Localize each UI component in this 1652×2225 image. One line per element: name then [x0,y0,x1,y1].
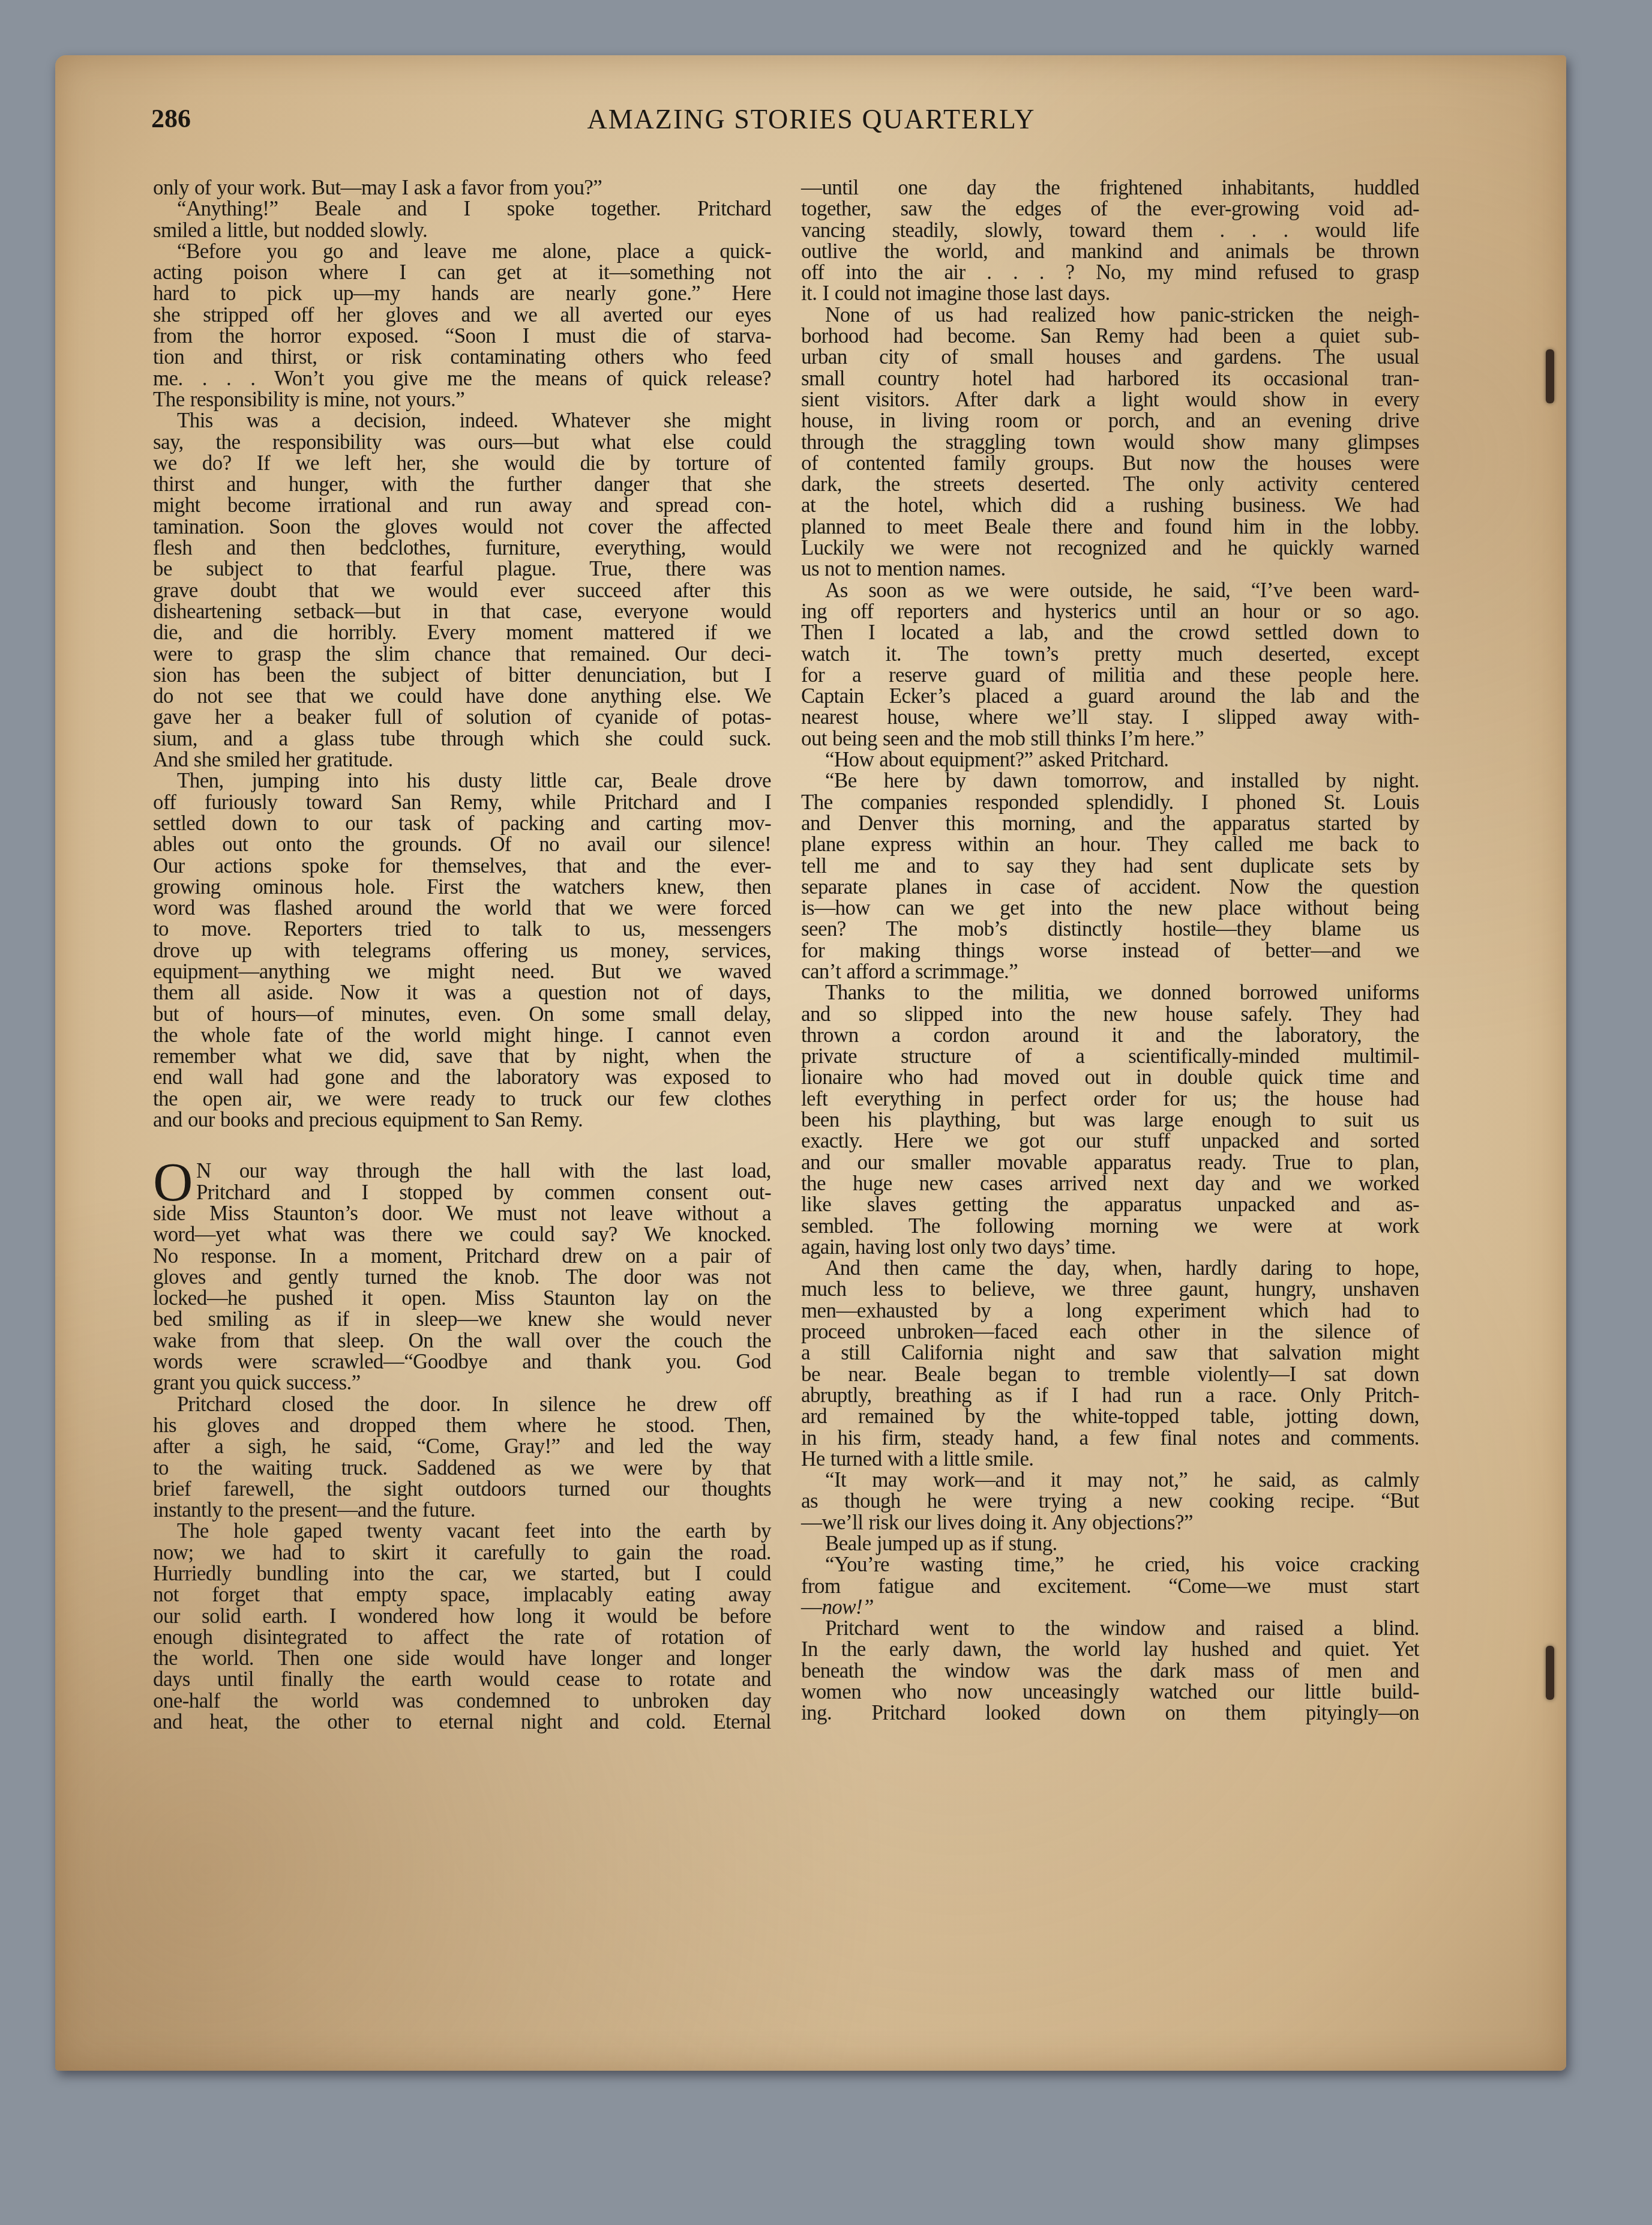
text-line: No response. In a moment, Pritchard drew… [153,1245,771,1266]
text-line: The companies responded splendidly. I ph… [801,792,1419,813]
text-line: house, in living room or porch, and an e… [801,410,1419,431]
text-line: growing ominous hole. First the watchers… [153,876,771,897]
text-line: but of hours—of minutes, even. On some s… [153,1004,771,1025]
text-line: outlive the world, and mankind and anima… [801,241,1419,262]
text-line: instantly to the present—and the future. [153,1499,771,1520]
text-line: side Miss Staunton’s door. We must not l… [153,1203,771,1224]
text-line: wake from that sleep. On the wall over t… [153,1330,771,1351]
text-line: been his plaything, but was large enough… [801,1109,1419,1130]
text-line: grant you quick success.” [153,1372,771,1393]
staple-top [1546,349,1554,403]
text-line: lionaire who had moved out in double qui… [801,1067,1419,1088]
text-line: —now!” [801,1597,1419,1618]
text-line: hard to pick up—my hands are nearly gone… [153,283,771,304]
text-line: “Before you go and leave me alone, place… [153,241,771,262]
text-line: as though he were trying a new cooking r… [801,1490,1419,1511]
text-line: out being seen and the mob still thinks … [801,728,1419,749]
text-line: Hurriedly bundling into the car, we star… [153,1563,771,1584]
text-line: settled down to our task of packing and … [153,813,771,834]
text-line: through the straggling town would show m… [801,432,1419,453]
text-line: enough disintegrated to affect the rate … [153,1627,771,1648]
text-line: his gloves and dropped them where he sto… [153,1415,771,1436]
text-line: word—yet what was there we could say? We… [153,1224,771,1245]
text-line: and so slipped into the new house safely… [801,1004,1419,1025]
section-break [153,1130,771,1160]
text-line: Then, jumping into his dusty little car,… [153,770,771,791]
text-line: small country hotel had harbored its occ… [801,368,1419,389]
text-line: “Anything!” Beale and I spoke together. … [153,198,771,219]
text-line: And then came the day, when, hardly dari… [801,1257,1419,1278]
text-line: were to grasp the slim chance that remai… [153,643,771,664]
text-line: separate planes in case of accident. Now… [801,876,1419,897]
text-line: sient visitors. After dark a light would… [801,389,1419,410]
text-line: can’t afford a scrimmage.” [801,961,1419,982]
text-line: seen? The mob’s distinctly hostile—they … [801,918,1419,939]
text-line: sembled. The following morning we were a… [801,1215,1419,1236]
text-line: for a reserve guard of militia and these… [801,664,1419,685]
text-line: of contented family groups. But now the … [801,453,1419,474]
text-line: off into the air . . . ? No, my mind ref… [801,262,1419,283]
text-line: us not to mention names. [801,558,1419,579]
text-line: a still California night and saw that sa… [801,1342,1419,1363]
text-line: “Be here by dawn tomorrow, and installed… [801,770,1419,791]
text-line: from fatigue and excitement. “Come—we mu… [801,1576,1419,1597]
text-line: private structure of a scientifically-mi… [801,1046,1419,1067]
text-line: Pritchard closed the door. In silence he… [153,1394,771,1415]
text-line: Pritchard went to the window and raised … [801,1618,1419,1639]
text-line: only of your work. But—may I ask a favor… [153,177,771,198]
drop-cap: O [153,1158,193,1206]
text-line: None of us had realized how panic-strick… [801,304,1419,325]
text-line: watch it. The town’s pretty much deserte… [801,643,1419,664]
left-column-section-2: O N our way through the hall with the la… [153,1160,771,1732]
text-line: tamination. Soon the gloves would not co… [153,516,771,537]
text-line: the whole fate of the world might hinge.… [153,1025,771,1046]
left-column: only of your work. But—may I ask a favor… [153,177,771,1732]
text-line: flesh and then bedclothes, furniture, ev… [153,537,771,558]
text-line: dark, the streets deserted. The only act… [801,474,1419,495]
text-line: she stripped off her gloves and we all a… [153,304,771,325]
text-line: and our books and precious equipment to … [153,1109,771,1130]
text-line: He turned with a little smile. [801,1448,1419,1469]
left-column-section-1: only of your work. But—may I ask a favor… [153,177,771,1130]
text-line: ing. Pritchard looked down on them pityi… [801,1702,1419,1723]
text-line: left everything in perfect order for us;… [801,1088,1419,1109]
text-line: die, and die horribly. Every moment matt… [153,622,771,643]
text-line: the huge new cases arrived next day and … [801,1173,1419,1194]
text-line: —we’ll risk our lives doing it. Any obje… [801,1512,1419,1533]
text-line: urban city of small houses and gardens. … [801,346,1419,367]
text-line: smiled a little, but nodded slowly. [153,220,771,241]
text-line: gave her a beaker full of solution of cy… [153,706,771,727]
text-line: grave doubt that we would ever succeed a… [153,580,771,601]
text-line: not forget that empty space, implacably … [153,1584,771,1605]
text-line: And she smiled her gratitude. [153,749,771,770]
text-line: days until finally the earth would cease… [153,1669,771,1690]
text-line: acting poison where I can get at it—some… [153,262,771,283]
text-line: Then I located a lab, and the crowd sett… [801,622,1419,643]
text-line: abruptly, breathing as if I had run a ra… [801,1385,1419,1406]
text-line: women who now unceasingly watched our li… [801,1681,1419,1702]
text-line: in his firm, steady hand, a few final no… [801,1427,1419,1448]
text-line: words were scrawled—“Goodbye and thank y… [153,1351,771,1372]
text-line: bed smiling as if in sleep—we knew she w… [153,1308,771,1329]
text-line: vancing steadily, slowly, toward them . … [801,220,1419,241]
text-line: our solid earth. I wondered how long it … [153,1606,771,1627]
text-line: locked—he pushed it open. Miss Staunton … [153,1287,771,1308]
text-line: Beale jumped up as if stung. [801,1533,1419,1554]
text-line: disheartening setback—but in that case, … [153,601,771,622]
text-line: tell me and to say they had sent duplica… [801,855,1419,876]
text-line: ables out onto the grounds. Of no avail … [153,834,771,855]
text-line: —until one day the frightened inhabitant… [801,177,1419,198]
text-line: sium, and a glass tube through which she… [153,728,771,749]
text-line: brief farewell, the sight outdoors turne… [153,1478,771,1499]
text-line: “How about equipment?” asked Pritchard. [801,749,1419,770]
text-line: much less to believe, we three gaunt, hu… [801,1278,1419,1299]
page-header: 286 AMAZING STORIES QUARTERLY [151,103,1447,145]
text-line: to move. Reporters tried to talk to us, … [153,918,771,939]
text-line: gloves and gently turned the knob. The d… [153,1266,771,1287]
text-line: be near. Beale began to tremble violentl… [801,1364,1419,1385]
text-line: This was a decision, indeed. Whatever sh… [153,410,771,431]
text-line: and our smaller movable apparatus ready.… [801,1152,1419,1173]
text-line: thrown a cordon around it and the labora… [801,1025,1419,1046]
text-line: might become irrational and run away and… [153,495,771,516]
text-line: after a sigh, he said, “Come, Gray!” and… [153,1436,771,1457]
text-line: The hole gaped twenty vacant feet into t… [153,1520,771,1541]
text-line: be subject to that fearful plague. True,… [153,558,771,579]
text-line: off furiously toward San Remy, while Pri… [153,792,771,813]
text-line: ing off reporters and hysterics until an… [801,601,1419,622]
text-line: from the horror exposed. “Soon I must di… [153,325,771,346]
text-line: planned to meet Beale there and found hi… [801,516,1419,537]
text-line: nearest house, where we’ll stay. I slipp… [801,706,1419,727]
text-line: me. . . . Won’t you give me the means of… [153,368,771,389]
text-line: equipment—anything we might need. But we… [153,961,771,982]
text-line: drove up with telegrams offering us mone… [153,940,771,961]
text-line: plane express within an hour. They calle… [801,834,1419,855]
text-line: is—how can we get into the new place wit… [801,897,1419,918]
text-line: Luckily we were not recognized and he qu… [801,537,1419,558]
right-column: —until one day the frightened inhabitant… [801,177,1419,1724]
staple-bottom [1546,1646,1554,1700]
text-line: them all aside. Now it was a question no… [153,982,771,1003]
text-line: Pritchard and I stopped by commen consen… [153,1182,771,1203]
text-line: Thanks to the militia, we donned borrowe… [801,982,1419,1003]
text-line: now; we had to skirt it carefully to gai… [153,1542,771,1563]
text-line: sion has been the subject of bitter denu… [153,664,771,685]
text-line: do not see that we could have done anyth… [153,685,771,706]
text-line: “You’re wasting time,” he cried, his voi… [801,1554,1419,1575]
text-line: In the early dawn, the world lay hushed … [801,1639,1419,1660]
text-line: the open air, we were ready to truck our… [153,1088,771,1109]
text-line: As soon as we were outside, he said, “I’… [801,580,1419,601]
text-line: we do? If we left her, she would die by … [153,453,771,474]
text-line: N our way through the hall with the last… [153,1160,771,1181]
text-line: remember what we did, save that by night… [153,1046,771,1067]
text-line: beneath the window was the dark mass of … [801,1660,1419,1681]
text-line: Our actions spoke for themselves, that a… [153,855,771,876]
text-line: “It may work—and it may not,” he said, a… [801,1469,1419,1490]
text-line: one-half the world was condemned to unbr… [153,1690,771,1711]
text-line: thirst and hunger, with the further dang… [153,474,771,495]
text-line: it. I could not imagine those last days. [801,283,1419,304]
text-line: Captain Ecker’s placed a guard around th… [801,685,1419,706]
text-line: for making things worse instead of bette… [801,940,1419,961]
text-line: men—exhausted by a long experiment which… [801,1300,1419,1321]
text-line: and heat, the other to eternal night and… [153,1711,771,1732]
text-line: exactly. Here we got our stuff unpacked … [801,1130,1419,1151]
text-line: like slaves getting the apparatus unpack… [801,1194,1419,1215]
text-line: borhood had become. San Remy had been a … [801,325,1419,346]
text-line: ard remained by the white-topped table, … [801,1406,1419,1427]
magazine-page: 286 AMAZING STORIES QUARTERLY only of yo… [55,55,1566,2071]
text-line: to the waiting truck. Saddened as we wer… [153,1457,771,1478]
text-line: at the hotel, which did a rushing busine… [801,495,1419,516]
text-line: end wall had gone and the laboratory was… [153,1067,771,1088]
text-line: proceed unbroken—faced each other in the… [801,1321,1419,1342]
text-line: again, having lost only two days’ time. [801,1236,1419,1257]
running-title: AMAZING STORIES QUARTERLY [151,103,1447,135]
text-line: word was flashed around the world that w… [153,897,771,918]
text-line: say, the responsibility was ours—but wha… [153,432,771,453]
text-line: The responsibility is mine, not yours.” [153,389,771,410]
text-line: tion and thirst, or risk contaminating o… [153,346,771,367]
text-line: together, saw the edges of the ever-grow… [801,198,1419,219]
text-line: and Denver this morning, and the apparat… [801,813,1419,834]
text-line: the world. Then one side would have long… [153,1648,771,1669]
